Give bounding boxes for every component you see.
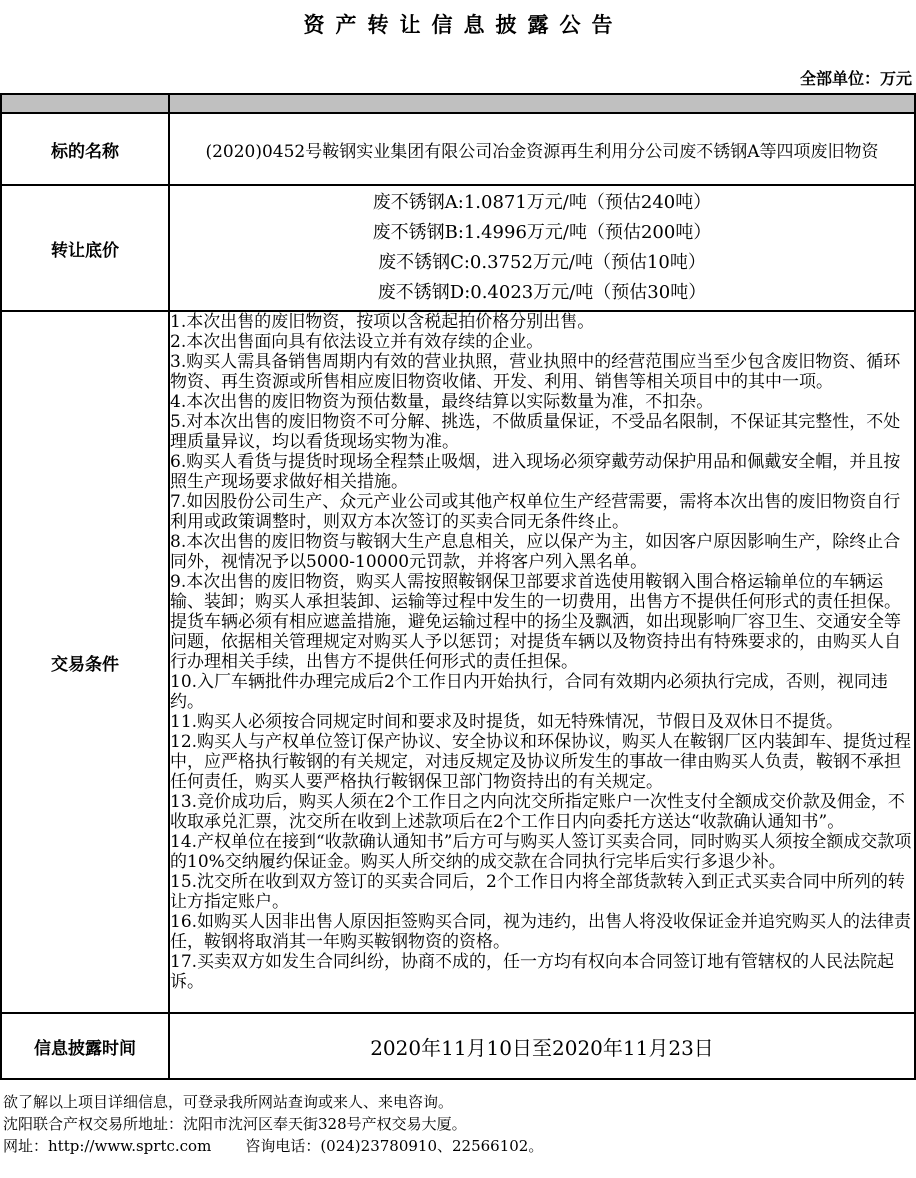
condition-item: 1.本次出售的废旧物资，按项以含税起拍价格分别出售。 (170, 312, 914, 332)
conditions-row: 交易条件 1.本次出售的废旧物资，按项以含税起拍价格分别出售。 2.本次出售面向… (1, 311, 915, 1013)
condition-item: 14.产权单位在接到“收款确认通知书”后方可与购买人签订买卖合同，同时购买人须按… (170, 832, 914, 872)
conditions-value: 1.本次出售的废旧物资，按项以含税起拍价格分别出售。 2.本次出售面向具有依法设… (169, 311, 915, 1013)
condition-item: 11.购买人必须按合同规定时间和要求及时提货，如无特殊情况，节假日及双休日不提货… (170, 712, 914, 732)
price-value: 废不锈钢A:1.0871万元/吨（预估240吨） 废不锈钢B:1.4996万元/… (169, 185, 915, 311)
subject-row: 标的名称 (2020)0452号鞍钢实业集团有限公司冶金资源再生利用分公司废不锈… (1, 113, 915, 185)
condition-item: 10.入厂车辆批件办理完成后2个工作日内开始执行，合同有效期内必须执行完成，否则… (170, 672, 914, 712)
announcement-page: 资产转让信息披露公告 全部单位：万元 标的名称 (2020)0452号鞍钢实业集… (0, 0, 916, 1178)
price-line-d: 废不锈钢D:0.4023万元/吨（预估30吨） (170, 278, 914, 308)
subject-label: 标的名称 (1, 113, 169, 185)
announcement-table: 标的名称 (2020)0452号鞍钢实业集团有限公司冶金资源再生利用分公司废不锈… (0, 93, 916, 1080)
condition-item: 13.竞价成功后，购买人须在2个工作日之内向沈交所指定账户一次性支付全额成交价款… (170, 792, 914, 832)
footer-phone: 咨询电话：(024)23780910、22566102。 (245, 1137, 543, 1155)
header-label-cell (1, 94, 169, 113)
page-title: 资产转让信息披露公告 (0, 0, 916, 39)
condition-item: 2.本次出售面向具有依法设立并有效存续的企业。 (170, 332, 914, 352)
condition-item: 15.沈交所在收到双方签订的买卖合同后，2个工作日内将全部货款转入到正式买卖合同… (170, 872, 914, 912)
footer-line-info: 欲了解以上项目详细信息，可登录我所网站查询或来人、来电咨询。 (3, 1091, 916, 1113)
condition-item: 12.购买人与产权单位签订保产协议、安全协议和环保协议，购买人在鞍钢厂区内装卸车… (170, 732, 914, 792)
price-line-b: 废不锈钢B:1.4996万元/吨（预估200吨） (170, 218, 914, 248)
price-label: 转让底价 (1, 185, 169, 311)
price-row: 转让底价 废不锈钢A:1.0871万元/吨（预估240吨） 废不锈钢B:1.49… (1, 185, 915, 311)
footer: 欲了解以上项目详细信息，可登录我所网站查询或来人、来电咨询。 沈阳联合产权交易所… (0, 1091, 916, 1157)
condition-item: 9.本次出售的废旧物资，购买人需按照鞍钢保卫部要求首选使用鞍钢入围合格运输单位的… (170, 572, 914, 672)
condition-item: 16.如购买人因非出售人原因拒签购买合同，视为违约，出售人将没收保证金并追究购买… (170, 912, 914, 952)
condition-item: 17.买卖双方如发生合同纠纷，协商不成的，任一方均有权向本合同签订地有管辖权的人… (170, 952, 914, 992)
condition-item: 7.如因股份公司生产、众元产业公司或其他产权单位生产经营需要，需将本次出售的废旧… (170, 492, 914, 532)
price-line-c: 废不锈钢C:0.3752万元/吨（预估10吨） (170, 248, 914, 278)
disclosure-value: 2020年11月10日至2020年11月23日 (169, 1013, 915, 1079)
conditions-label: 交易条件 (1, 311, 169, 1013)
unit-note: 全部单位：万元 (0, 66, 916, 89)
conditions-list: 1.本次出售的废旧物资，按项以含税起拍价格分别出售。 2.本次出售面向具有依法设… (170, 312, 914, 1012)
disclosure-label: 信息披露时间 (1, 1013, 169, 1079)
footer-website: 网址：http://www.sprtc.com (3, 1137, 211, 1155)
price-line-a: 废不锈钢A:1.0871万元/吨（预估240吨） (170, 188, 914, 218)
footer-line-address: 沈阳联合产权交易所地址：沈阳市沈河区奉天街328号产权交易大厦。 (3, 1113, 916, 1135)
condition-item: 3.购买人需具备销售周期内有效的营业执照，营业执照中的经营范围应当至少包含废旧物… (170, 352, 914, 392)
disclosure-row: 信息披露时间 2020年11月10日至2020年11月23日 (1, 1013, 915, 1079)
footer-line-contact: 网址：http://www.sprtc.com咨询电话：(024)2378091… (3, 1135, 916, 1157)
condition-item: 4.本次出售的废旧物资为预估数量，最终结算以实际数量为准，不扣杂。 (170, 392, 914, 412)
subject-value: (2020)0452号鞍钢实业集团有限公司冶金资源再生利用分公司废不锈钢A等四项… (169, 113, 915, 185)
condition-item: 8.本次出售的废旧物资与鞍钢大生产息息相关，应以保产为主，如因客户原因影响生产，… (170, 532, 914, 572)
table-header-row (1, 94, 915, 113)
condition-item: 6.购买人看货与提货时现场全程禁止吸烟，进入现场必须穿戴劳动保护用品和佩戴安全帽… (170, 452, 914, 492)
condition-item: 5.对本次出售的废旧物资不可分解、挑选，不做质量保证，不受品名限制，不保证其完整… (170, 412, 914, 452)
header-value-cell (169, 94, 915, 113)
